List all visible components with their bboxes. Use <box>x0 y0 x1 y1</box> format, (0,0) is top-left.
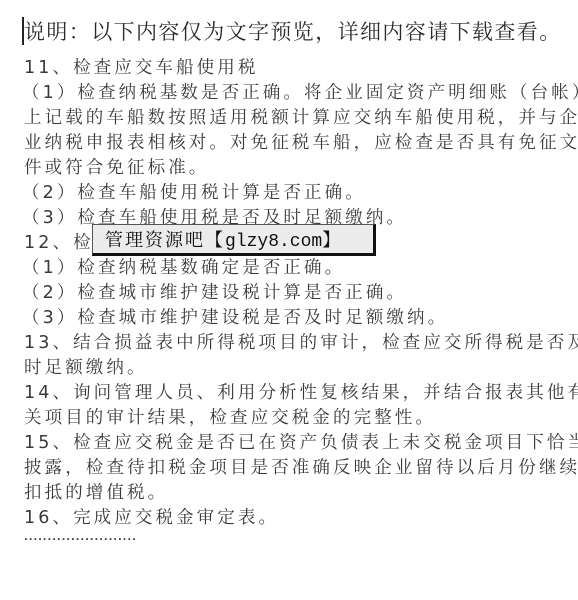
item-11-sub-1-line-3: 业纳税申报表相核对。对免征税车船，应检查是否具有免征文 <box>24 131 554 156</box>
item-13-line-1: 13、结合损益表中所得税项目的审计，检查应交所得税是否及 <box>24 331 554 356</box>
item-11-heading: 11、检查应交车船使用税 <box>24 56 554 81</box>
item-14-line-2: 关项目的审计结果，检查应交税金的完整性。 <box>24 406 554 431</box>
item-11-sub-1-line-2: 上记载的车船数按照适用税额计算应交纳车船使用税，并与企 <box>24 106 554 131</box>
item-16: 16、完成应交税金审定表。 <box>24 506 554 531</box>
item-15-line-2: 披露，检查待扣税金项目是否准确反映企业留待以后月份继续 <box>24 456 554 481</box>
watermark-banner: 管理资源吧【glzy8.com】 <box>92 224 376 256</box>
ellipsis-separator: ........................ <box>24 531 554 551</box>
item-12-sub-1: （1）检查纳税基数确定是否正确。 <box>22 256 554 281</box>
item-13-line-2: 时足额缴纳。 <box>24 356 554 381</box>
item-11-sub-1-line-4: 件或符合免征标准。 <box>24 156 554 181</box>
watermark-label: 管理资源吧【glzy8.com】 <box>105 226 342 252</box>
document-preview: 说明：以下内容仅为文字预览，详细内容请下载查看。 11、检查应交车船使用税 （1… <box>0 0 578 600</box>
watermark-url: glzy8.com <box>225 232 322 252</box>
item-12-sub-3: （3）检查城市维护建设税是否及时足额缴纳。 <box>22 306 554 331</box>
item-15-line-3: 扣抵的增值税。 <box>24 481 554 506</box>
preview-notice: 说明：以下内容仅为文字预览，详细内容请下载查看。 <box>24 17 562 47</box>
document-body: 11、检查应交车船使用税 （1）检查纳税基数是否正确。将企业固定资产明细账（台帐… <box>24 56 554 551</box>
item-14-line-1: 14、询问管理人员、利用分析性复核结果，并结合报表其他有 <box>24 381 554 406</box>
item-11-sub-1-line-1: （1）检查纳税基数是否正确。将企业固定资产明细账（台帐） <box>22 81 554 106</box>
item-11-sub-2: （2）检查车船使用税计算是否正确。 <box>22 181 554 206</box>
item-12-sub-2: （2）检查城市维护建设税计算是否正确。 <box>22 281 554 306</box>
item-15-line-1: 15、检查应交税金是否已在资产负债表上未交税金项目下恰当 <box>24 431 554 456</box>
